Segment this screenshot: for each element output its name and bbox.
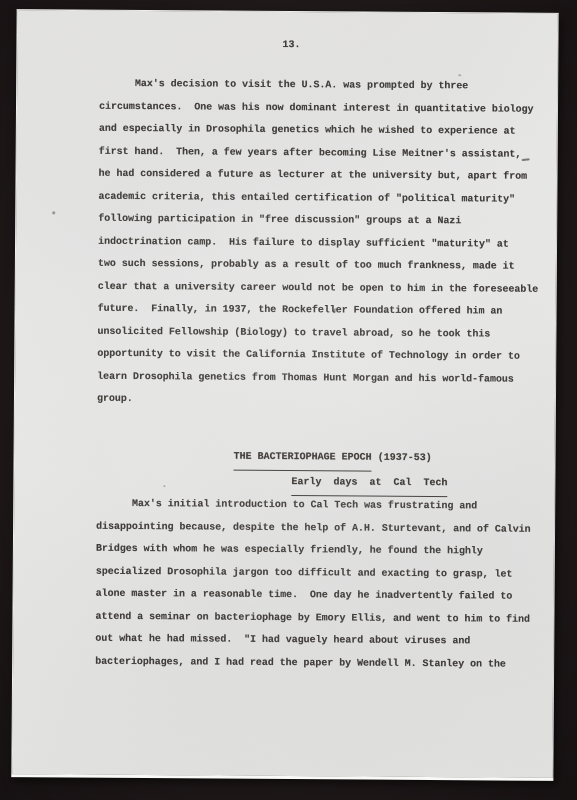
- paragraph-1: Max's decision to visit the U.S.A. was p…: [97, 74, 569, 415]
- text-line: specialized Drosophila jargon too diffic…: [96, 561, 566, 587]
- paragraph-2: Max's initial introduction to Cal Tech w…: [95, 494, 566, 677]
- text-line: academic criteria, this entailed certifi…: [98, 186, 568, 212]
- text-line: unsolicited Fellowship (Biology) to trav…: [97, 321, 567, 347]
- text-line: two such sessions, probably as a result …: [98, 254, 568, 280]
- text-line: opportunity to visit the California Inst…: [97, 344, 567, 370]
- subsection-heading-text: Early days at Cal Tech: [291, 472, 447, 498]
- page-number: 13.: [80, 34, 540, 60]
- text-line: first hand. Then, a few years after beco…: [99, 141, 569, 167]
- text-line: alone master in a reasonable time. One d…: [96, 584, 566, 610]
- text-line: Max's decision to visit the U.S.A. was p…: [99, 74, 569, 100]
- text-line: indoctrination camp. His failure to disp…: [98, 231, 568, 257]
- text-line: following participation in "free discuss…: [98, 209, 568, 235]
- scan-artifact: [458, 74, 461, 76]
- text-line: bacteriophages, and I had read the paper…: [95, 651, 565, 677]
- text-line: attend a seminar on bacteriophage by Emo…: [95, 606, 565, 632]
- scan-mat-background: 13. Max's decision to visit the U.S.A. w…: [0, 0, 577, 800]
- text-line: out what he had missed. "I had vaguely h…: [95, 629, 565, 655]
- text-line: disappointing because, despite the help …: [96, 516, 566, 542]
- text-line: Bridges with whom he was especially frie…: [96, 539, 566, 565]
- text-line: group.: [97, 389, 567, 415]
- text-line: he had considered a future as lecturer a…: [98, 164, 568, 190]
- text-line: Max's initial introduction to Cal Tech w…: [96, 494, 566, 520]
- scan-artifact: [52, 211, 55, 214]
- page-number-text: 13.: [282, 40, 300, 51]
- text-line: learn Drosophila genetics from Thomas Hu…: [97, 366, 567, 392]
- scan-artifact: [163, 485, 165, 487]
- text-line: and especially in Drosophila genetics wh…: [99, 119, 569, 145]
- text-line: clear that a university career would not…: [98, 276, 568, 302]
- document-page: 13. Max's decision to visit the U.S.A. w…: [11, 9, 558, 781]
- text-line: circumstances. One was his now dominant …: [99, 96, 569, 122]
